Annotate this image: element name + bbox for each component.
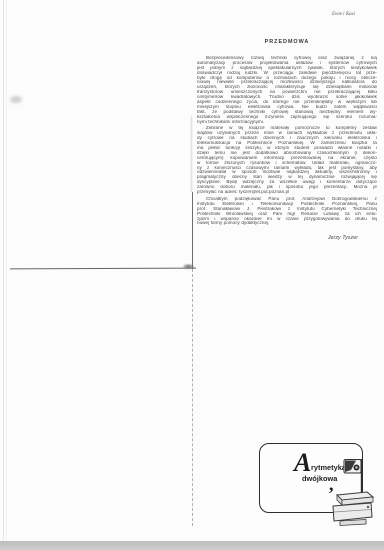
page-edge-line (3, 0, 4, 541)
preface-text-line: nymi technikami informacyjnymi. (197, 120, 377, 125)
dedication: Ewie i Kasi (197, 12, 355, 17)
preface-text-line: nowej formy pomocy dydaktycznej. (197, 221, 377, 226)
scan-smudge (9, 95, 23, 104)
fold-line-vertical-dashed (192, 269, 193, 526)
preface-paragraphs: Bezprecedensowy rozwój techniki cyfrowej… (197, 56, 377, 228)
preface-text-line: przesyłać na adres: tyszer@et.put.poznan… (197, 190, 377, 195)
slide-title-initial: A (294, 450, 311, 476)
fold-line-vertical-ghost (191, 116, 192, 192)
preface-paragraph: Zebrane w tej książce materiały pomocnic… (197, 126, 377, 194)
preface-paragraph: Chciałbym podziękować Panu prof. Andrzej… (197, 197, 377, 226)
preface-paragraph: Bezprecedensowy rozwój techniki cyfrowej… (197, 56, 377, 124)
overhead-projector-icon (325, 450, 380, 528)
author-signature: Jerzy Tyszer (197, 235, 358, 241)
page-edge-line-faint (6, 0, 7, 541)
fold-intersection-mark (183, 264, 194, 269)
fold-line-vertical (192, 192, 193, 269)
page-title: PRZEDMOWA (197, 39, 377, 45)
fold-line-horizontal (10, 268, 196, 270)
scanned-book-page: { "page": { "dedication": "Ewie i Kasi",… (0, 0, 384, 550)
scanner-background-strip (0, 541, 384, 550)
